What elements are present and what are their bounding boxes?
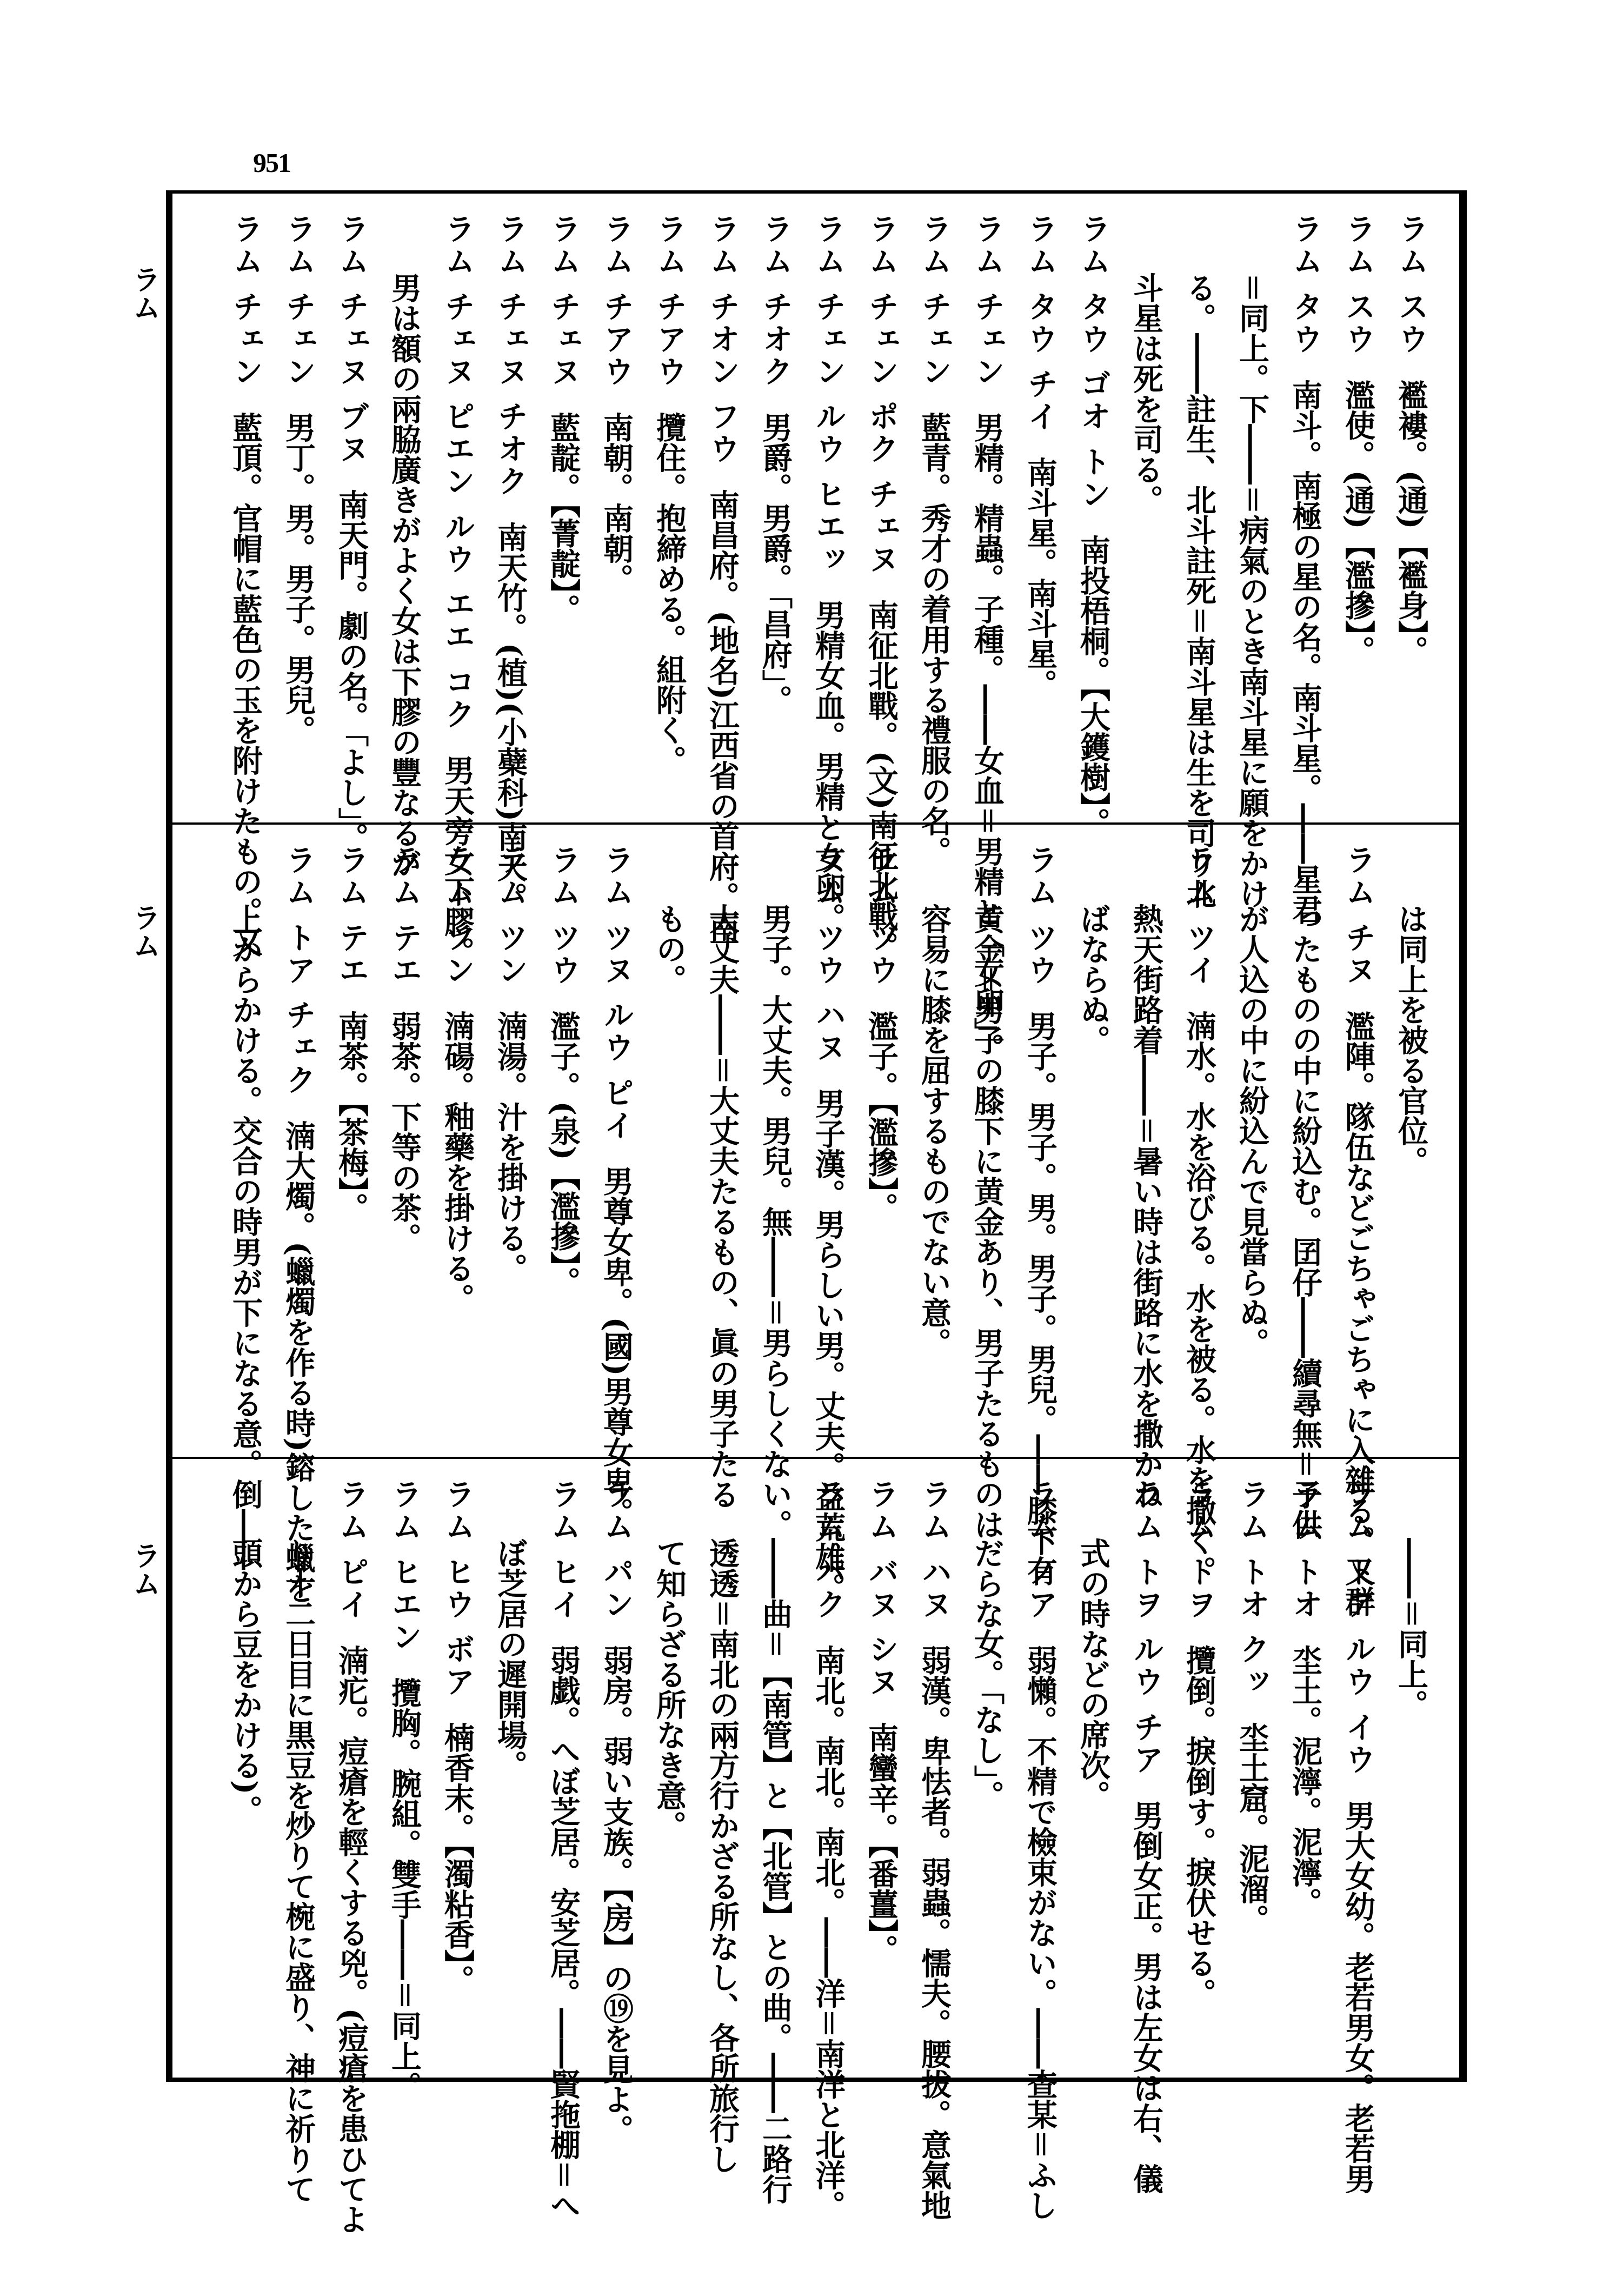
dictionary-entry: ラム チェヌ ピエン ルウ エエ コク男天旁女下膠。 <box>431 213 484 812</box>
dictionary-entry: ラム ツン湳碭。釉藥を掛ける。 <box>431 844 484 1446</box>
dictionary-entry: ラム ピイ湳疕。痘瘡を輕くする兇。(痘瘡を患ひてよ <box>325 1478 378 2067</box>
entry-definition: 湳湯。汁を掛ける。 <box>493 1011 528 1283</box>
entry-definition: 南茶。【茶梅】。 <box>334 1011 369 1223</box>
entry-headword: ラム チェン <box>917 213 952 388</box>
entry-headword: ラム テエ <box>387 844 422 987</box>
entry-definition: 楠香末。【濁粘香】。 <box>440 1722 475 1995</box>
entry-headword: ラム タウ <box>1288 213 1323 356</box>
entry-headword: ラム テエ <box>334 844 369 987</box>
entry-definition: 容易に膝を屈するものでない意。 <box>916 904 952 1358</box>
entry-headword: ラム パン <box>599 1478 634 1621</box>
dictionary-entry: ラム チアウ攬住。抱締める。組附く。 <box>643 213 696 812</box>
dictionary-entry: ラム チヌ濫陣。隊伍などごちゃごちゃに入雜る。又群 <box>1332 844 1385 1446</box>
entry-definition: 襤褸。(通)【襤身】。 <box>1393 380 1429 666</box>
entry-continuation: 男は額の兩脇廣きがよく女は下膠の豐なるが <box>378 213 431 812</box>
dictionary-entry: ラム トヲ ルウ チア男倒女正。男は左女は右、儀 <box>1120 1478 1173 2067</box>
dictionary-entry: ラム タウ ゴオ トン南投梧桐。【大鑊樹】。 <box>1067 213 1120 812</box>
dictionary-entry: ラム チェン ポク チェヌ南征北戰。(文)南征北戰。 <box>855 213 908 812</box>
entry-definition: 藍靛。【菁靛】。 <box>546 412 581 624</box>
dictionary-entry: ラム タウ チイ南斗星。南斗星。 <box>1014 213 1067 812</box>
entry-headword: ラム チェヌ <box>546 213 581 388</box>
entry-headword: ラム トア チェク <box>281 844 316 1097</box>
entry-headword: ラム トオ <box>1288 1478 1323 1621</box>
entry-continuation: り十二日目に黒豆を炒りて椀に盛り、神に祈りて <box>272 1478 325 2067</box>
dictionary-entry: ラム スウ襤褸。(通)【襤身】。 <box>1385 213 1438 812</box>
entry-definition: 男丁。男。男子。男兒。 <box>281 412 316 745</box>
entry-continuation: ＝同上。下――＝病氣のとき南斗星に願をかけ <box>1226 213 1279 812</box>
dictionary-entry: ラム トア ルウ イウ男大女幼。老若男女。老若男 <box>1332 1478 1385 2067</box>
entry-definition: 透透＝南北の兩方行かざる所なし、各所旅行し <box>704 1538 740 2174</box>
entry-headword: ラム チェヌ ブヌ <box>334 213 369 466</box>
dictionary-entry: ラム ツウ濫子。(泉)【濫摻】。 <box>537 844 590 1446</box>
entry-headword: ラム ツン <box>493 844 528 987</box>
entry-definition: 弱漢。卑怯者。弱蟲。懦夫。腰拔。意氣地 <box>916 1645 952 2220</box>
dictionary-entry: ラム トア チェク湳大燭。(蠟燭を作る時)鎔した蠟を <box>272 844 325 1446</box>
entry-definition: もの。 <box>651 904 687 994</box>
entry-definition: 坔土。泥濘。泥濘。 <box>1287 1645 1323 1917</box>
entry-columns: ラム スウ襤褸。(通)【襤身】。ラム スウ濫使。(通)【濫摻】。ラム タウ南斗。… <box>194 213 1438 812</box>
dictionary-entry: ラム ヒエン攬胸。腕組。雙手――＝同上。 <box>378 1478 431 2067</box>
dictionary-entry: ラム チェン男丁。男。男子。男兒。 <box>272 213 325 812</box>
entry-headword: ラム タウ チイ <box>1023 213 1058 433</box>
entry-definition: 男倒女正。男は左女は右、儀 <box>1128 1800 1164 2194</box>
dictionary-entry: ラム チェヌ チオク南天竹。(植)(小蘗科)南天。 <box>484 213 537 812</box>
entry-headword: ラム トア ルウ イウ <box>1341 1478 1376 1776</box>
entry-headword: ラム スウ <box>1341 213 1376 356</box>
entry-definition: 藍青。秀才の着用する禮服の名。 <box>916 412 952 866</box>
entry-headword: ラム ヒイ <box>546 1478 581 1621</box>
entry-headword: ラム ハヌ <box>917 1478 952 1621</box>
dictionary-frame: ラム スウ襤褸。(通)【襤身】。ラム スウ濫使。(通)【濫摻】。ラム タウ南斗。… <box>166 190 1467 2082</box>
entry-headword: ラム ノア <box>1023 1478 1058 1621</box>
entry-headword: ラム チアウ <box>599 213 634 388</box>
entry-headword: ラム チェン <box>281 213 316 388</box>
entry-columns: は同上を被る官位。ラム チヌ濫陣。隊伍などごちゃごちゃに入雜る。又群ったものの中… <box>194 844 1438 1446</box>
entry-headword: ラム チェン <box>970 213 1005 388</box>
dictionary-entry: ラム テエ弱茶。下等の茶。 <box>378 844 431 1446</box>
entry-definition: だらな女。「なし」。 <box>969 1538 1005 1810</box>
entry-definition: 弱茶。下等の茶。 <box>387 1011 422 1253</box>
entry-definition: 斗星は死を司る。 <box>1128 273 1164 515</box>
dictionary-entry: ラム タウ南斗。南極の星の名。南斗星。――星君 <box>1279 213 1332 812</box>
entry-headword: ラム ピイ <box>334 1478 369 1621</box>
entry-definition: 式の時などの席次。 <box>1075 1538 1111 1810</box>
entry-continuation: もの。 <box>643 844 696 1446</box>
entry-definition: 弱戯。へぼ芝居。安芝居。――賢拖棚＝へ <box>546 1645 581 2220</box>
entry-definition: 南投梧桐。【大鑊樹】。 <box>1075 535 1111 838</box>
entry-definition: て知らざる所なき意。 <box>651 1538 687 1841</box>
dictionary-entry: ラム チオク男爵。男爵。「昌府」。 <box>749 213 802 812</box>
margin-tab-middle: ラム <box>128 903 160 959</box>
margin-tab-top: ラム <box>128 265 160 321</box>
entry-headword: ラム チェン ポク チェヌ <box>864 213 899 576</box>
entry-headword: ラム ツウ ハヌ <box>811 844 846 1064</box>
dictionary-entry: ラム チオン フウ南昌府。(地名)江西省の首府。南 <box>696 213 749 812</box>
entry-definition: ――＝同上。 <box>1393 1538 1429 1720</box>
entry-definition: 攬倒。捩倒す。捩伏せる。 <box>1181 1645 1217 2008</box>
entry-definition: 南天門。劇の名。「よし」。 <box>334 489 369 853</box>
entry-definition: 濫使。(通)【濫摻】。 <box>1340 380 1376 666</box>
dictionary-entry: ラム トオ坔土。泥濘。泥濘。 <box>1279 1478 1332 2067</box>
entry-continuation: 容易に膝を屈するものでない意。 <box>908 844 961 1446</box>
entry-headword: ラム チェヌ チオク <box>493 213 528 498</box>
dictionary-entry: ラム テエ南茶。【茶梅】。 <box>325 844 378 1446</box>
dictionary-entry: ラム チェン藍頂。官帽に藍色の玉を附けたもの。又 <box>219 213 272 812</box>
dictionary-entry: ラム ハヌ弱漢。卑怯者。弱蟲。懦夫。腰拔。意氣地 <box>908 1478 961 2067</box>
entry-headword: ラム チェン ルウ ヒエッ <box>811 213 846 576</box>
entry-definition: 湳碭。釉藥を掛ける。 <box>440 1011 475 1313</box>
section-middle: は同上を被る官位。ラム チヌ濫陣。隊伍などごちゃごちゃに入雜る。又群ったものの中… <box>172 822 1459 1457</box>
entry-headword: ラム ツウ <box>1023 844 1058 987</box>
entry-definition: が人込の中に紛込んで見當らぬ。 <box>1234 904 1270 1358</box>
entry-headword: ラム ツン <box>440 844 475 987</box>
section-top: ラム スウ襤褸。(通)【襤身】。ラム スウ濫使。(通)【濫摻】。ラム タウ南斗。… <box>172 194 1459 822</box>
dictionary-entry: ラム ツイ湳水。水を浴びる。水を被る。水を撒く。 <box>1173 844 1226 1446</box>
dictionary-entry: ラム パン弱房。弱い支族。【房】の⑲を見よ。 <box>590 1478 643 2067</box>
entry-definition: 男子。大丈夫。男兒。無――＝男らしくない。 <box>757 904 793 1539</box>
entry-headword: ラム トヲ <box>1182 1478 1217 1621</box>
entry-definition: ばならぬ。 <box>1075 904 1111 1055</box>
entry-continuation: は同上を被る官位。 <box>1385 844 1438 1446</box>
entry-continuation: 透透＝南北の兩方行かざる所なし、各所旅行し <box>696 1478 749 2067</box>
entry-definition: 黄金＝男子の膝下に黄金あり、男子たるものは <box>969 904 1005 1539</box>
entry-definition: 弱房。弱い支族。【房】の⑲を見よ。 <box>598 1645 634 2145</box>
entry-definition: 南朝。南朝。 <box>598 412 634 594</box>
entry-definition: ぼ芝居の遲開場。 <box>493 1538 528 1780</box>
entry-definition: 湳疕。痘瘡を輕くする兇。(痘瘡を患ひてよ <box>334 1645 369 2235</box>
entry-definition: 攬住。抱締める。組附く。 <box>651 412 687 775</box>
entry-definition: 濫子。(泉)【濫摻】。 <box>546 1011 581 1297</box>
entry-continuation: て知らざる所なき意。 <box>643 1478 696 2067</box>
entry-definition: は同上を被る官位。 <box>1393 904 1429 1176</box>
entry-definition: 南北。南北。南北。――洋＝南洋と北洋。 <box>810 1645 846 2220</box>
dictionary-entry: ラム トオ クッ坔土窟。泥溜。 <box>1226 1478 1279 2067</box>
entry-definition: 濫子。【濫摻】。 <box>863 1011 899 1223</box>
entry-headword: ラム ツヌ ルウ ピイ <box>599 844 634 1142</box>
entry-definition: ったものの中に紛込む。囝仔――續尋無＝子供 <box>1287 904 1323 1539</box>
entry-headword: ラム スウ <box>1394 213 1429 356</box>
entry-continuation: 黄金＝男子の膝下に黄金あり、男子たるものは <box>961 844 1014 1446</box>
entry-headword: ラム タウ ゴオ トン <box>1076 213 1111 511</box>
entry-continuation: が人込の中に紛込んで見當らぬ。 <box>1226 844 1279 1446</box>
entry-continuation: 上からかける。交合の時男が下になる意。倒―― <box>219 844 272 1446</box>
entry-headword: ラム トヲ ルウ チア <box>1129 1478 1164 1776</box>
dictionary-entry: ラム ツウ ハヌ男子漢。男らしい男。丈夫。益荒雄。 <box>802 844 855 1446</box>
dictionary-entry: ラム バヌ シヌ南蠻辛。【番薑】。 <box>855 1478 908 2067</box>
dictionary-entry: ラム チェン藍青。秀才の着用する禮服の名。 <box>908 213 961 812</box>
entry-definition: 弱懶。不精で檢束がない。――查某＝ふし <box>1022 1645 1058 2220</box>
entry-definition: 熱天街路着――＝暑い時は街路に水を撒かね <box>1128 904 1164 1509</box>
entry-continuation: 男子。大丈夫。男兒。無――＝男らしくない。 <box>749 844 802 1446</box>
entry-headword: ラム トオ クッ <box>1235 1478 1270 1698</box>
entry-continuation: ばならぬ。 <box>1067 844 1120 1446</box>
dictionary-entry: ラム ツヌ ルウ ピイ男尊女卑。(國)男尊女卑。 <box>590 844 643 1446</box>
dictionary-entry: ラム ヒウ ボア楠香末。【濁粘香】。 <box>431 1478 484 2067</box>
entry-headword: ラム ツウ <box>546 844 581 987</box>
entry-continuation: ――曲＝【南管】と【北管】との曲。――二路行 <box>749 1478 802 2067</box>
entry-headword: ラム チェヌ ピエン ルウ エエ コク <box>440 213 475 731</box>
dictionary-entry: ラム チアウ南朝。南朝。 <box>590 213 643 812</box>
entry-definition: る。――註生、北斗註死＝南斗星は生を司り北 <box>1181 273 1217 908</box>
entry-continuation: 式の時などの席次。 <box>1067 1478 1120 2067</box>
entry-continuation: る。――註生、北斗註死＝南斗星は生を司り北 <box>1173 213 1226 812</box>
dictionary-entry: ラム スウ濫使。(通)【濫摻】。 <box>1332 213 1385 812</box>
entry-definition: ＝同上。下――＝病氣のとき南斗星に願をかけ <box>1234 273 1270 908</box>
entry-headword: ラム バヌ シヌ <box>864 1478 899 1698</box>
entry-continuation: 頭から豆をかける)。 <box>219 1478 272 2067</box>
entry-definition: 男大女幼。老若男女。老若男 <box>1340 1800 1376 2194</box>
entry-continuation: 大丈夫――＝大丈夫たるもの、眞の男子たる <box>696 844 749 1446</box>
dictionary-entry: ラム ツン湳湯。汁を掛ける。 <box>484 844 537 1446</box>
entry-headword: ラム チェン <box>228 213 263 388</box>
entry-headword: ラム ヒウ ボア <box>440 1478 475 1698</box>
entry-continuation: ――＝同上。 <box>1385 1478 1438 2067</box>
entry-headword: ラム チヌ <box>1341 844 1376 987</box>
dictionary-entry: ラム チェヌ ブヌ南天門。劇の名。「よし」。 <box>325 213 378 812</box>
entry-continuation: だらな女。「なし」。 <box>961 1478 1014 2067</box>
dictionary-entry: ラム ツウ濫子。【濫摻】。 <box>855 844 908 1446</box>
entry-continuation: ぼ芝居の遲開場。 <box>484 1478 537 2067</box>
dictionary-entry: ラム トヲ攬倒。捩倒す。捩伏せる。 <box>1173 1478 1226 2067</box>
entry-headword: ラム チオク <box>758 213 793 388</box>
entry-headword: ラム ヒエン <box>387 1478 422 1654</box>
entry-definition: 攬胸。腕組。雙手――＝同上。 <box>387 1677 422 2101</box>
entry-continuation: ったものの中に紛込む。囝仔――續尋無＝子供 <box>1279 844 1332 1446</box>
entry-headword: ラム パク <box>811 1478 846 1621</box>
entry-headword: ラム チアウ <box>652 213 687 388</box>
entry-definition: 男爵。男爵。「昌府」。 <box>757 412 793 715</box>
entry-headword: ラム チオン フウ <box>705 213 740 466</box>
dictionary-entry: ラム ヒイ弱戯。へぼ芝居。安芝居。――賢拖棚＝へ <box>537 1478 590 2067</box>
section-bottom: ――＝同上。ラム トア ルウ イウ男大女幼。老若男女。老若男ラム トオ坔土。泥濘… <box>172 1457 1459 2078</box>
dictionary-entry: ラム ノア弱懶。不精で檢束がない。――查某＝ふし <box>1014 1478 1067 2067</box>
entry-definition: 頭から豆をかける)。 <box>228 1538 263 1825</box>
entry-columns: ――＝同上。ラム トア ルウ イウ男大女幼。老若男女。老若男ラム トオ坔土。泥濘… <box>194 1478 1438 2067</box>
entry-definition: 南蠻辛。【番薑】。 <box>863 1722 899 1965</box>
entry-definition: 南斗星。南斗星。 <box>1022 457 1058 699</box>
entry-definition: ――曲＝【南管】と【北管】との曲。――二路行 <box>757 1538 793 2204</box>
entry-continuation: 斗星は死を司る。 <box>1120 213 1173 812</box>
dictionary-entry: ラム パク南北。南北。南北。――洋＝南洋と北洋。 <box>802 1478 855 2067</box>
margin-tab-bottom: ラム <box>128 1541 160 1597</box>
dictionary-entry: ラム チェン男精。精蟲。子種。――女血＝男精と「女卵」。 <box>961 213 1014 812</box>
page-number: 951 <box>253 147 290 178</box>
entry-definition: 男は額の兩脇廣きがよく女は下膠の豐なるが <box>387 273 422 878</box>
entry-definition: 坔土窟。泥溜。 <box>1234 1722 1270 1934</box>
dictionary-entry: ラム ツウ男子。男子。男。男子。男兒。――膝下有 <box>1014 844 1067 1446</box>
entry-headword: ラム ツウ <box>864 844 899 987</box>
entry-definition: 大丈夫――＝大丈夫たるもの、眞の男子たる <box>704 904 740 1509</box>
entry-continuation: 熱天街路着――＝暑い時は街路に水を撒かね <box>1120 844 1173 1446</box>
entry-definition: り十二日目に黒豆を炒りて椀に盛り、神に祈りて <box>281 1538 316 2204</box>
dictionary-entry: ラム チェヌ藍靛。【菁靛】。 <box>537 213 590 812</box>
entry-headword: ラム ツイ <box>1182 844 1217 987</box>
dictionary-entry: ラム チェン ルウ ヒエッ男精女血。男精と女卵。 <box>802 213 855 812</box>
